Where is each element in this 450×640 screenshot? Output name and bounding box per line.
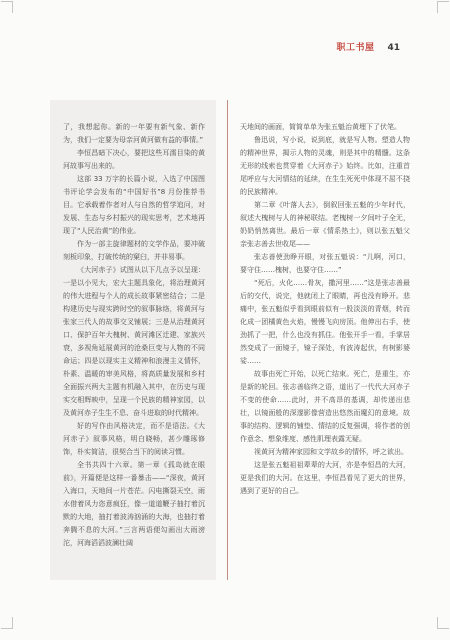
left-text-column: 了，我想起你。新的一年要有新气象、新作为，我们一定要为母亲河黄河做有益的事情。”… [50,100,216,580]
crop-mark-top-right [437,1,449,13]
crop-mark-bottom-left [1,617,13,629]
running-head: 职工书屋41 [336,43,400,53]
paragraph: 全书共四十六章。第一章《孤岛就在眼前》，开篇便是这样一番暴击——“深夜，黄河入海… [63,459,205,550]
scanned-page: 职工书屋41 了，我想起你。新的一年要有新气象、新作为，我们一定要为母亲河黄河做… [0,0,450,640]
paragraph: 李恒昌暗下决心，要把这些耳濡目染的黄河故事写出来的。 [63,147,205,173]
page-number: 41 [387,43,400,53]
crop-mark-bottom-right [437,617,449,629]
paragraph: 张志善使劲睁开眼，对张五魁说：“儿啊，河口，要守住……槐树，也要守住……” [240,251,410,277]
paragraph: 第二章《叶落人去》，倒叙回张五魁的少年时代，叙述大槐树与人的神秘联结。老槐树一夕… [240,199,410,251]
paragraph: 《大河赤子》试图从以下几点予以呈现：一是以小见大，宏大主题具象化，将治理黄河的伟… [63,264,205,420]
section-label: 职工书屋 [336,43,374,53]
paragraph: 视黄河为精神家园和文学故乡的情怀，呼之欲出。 [240,446,410,459]
paragraph: 鲁迅说，写小说，说到底，就是写人物。塑造人物的精神世界，揭示人物的灵魂，则是其中… [240,134,410,199]
paragraph: 故事由死亡开始，以死亡结束。死亡，是重生，亦是新的轮回。张志善临终之语，道出了一… [240,368,410,446]
paragraph: 好的写作由风格决定，而不是语法。《大河赤子》叙事风格，明白晓畅，甚少雕琢修饰，朴… [63,420,205,459]
paragraph: “死后，火化……骨灰，撒河里……”这是张志善最后的交代，说完，他就闭上了眼睛，再… [240,277,410,368]
paragraph: 这是张五魁祖祖辈辈的大河，亦是李恒昌的大河，更是我们的大河。在这里，李恒昌看见了… [240,459,410,498]
paragraph: 作为一部主旋律题材的文学作品，要冲破刻板印象，打破传统的窠臼，并非易事。 [63,238,205,264]
crop-mark-top-left [1,1,13,13]
column-divider-rule [227,100,228,580]
paragraph: 这部 33 万字的长篇小说，入选了中国图书评论学会发布的“中国好书”8 月份推荐… [63,173,205,238]
right-text-column: 天地间的画面，简简单单为张五魁治黄埋下了伏笔。 鲁迅说，写小说，说到底，就是写人… [240,121,410,580]
paragraph: 了，我想起你。新的一年要有新气象、新作为，我们一定要为母亲河黄河做有益的事情。” [63,121,205,147]
paragraph: 天地间的画面，简简单单为张五魁治黄埋下了伏笔。 [240,121,410,134]
